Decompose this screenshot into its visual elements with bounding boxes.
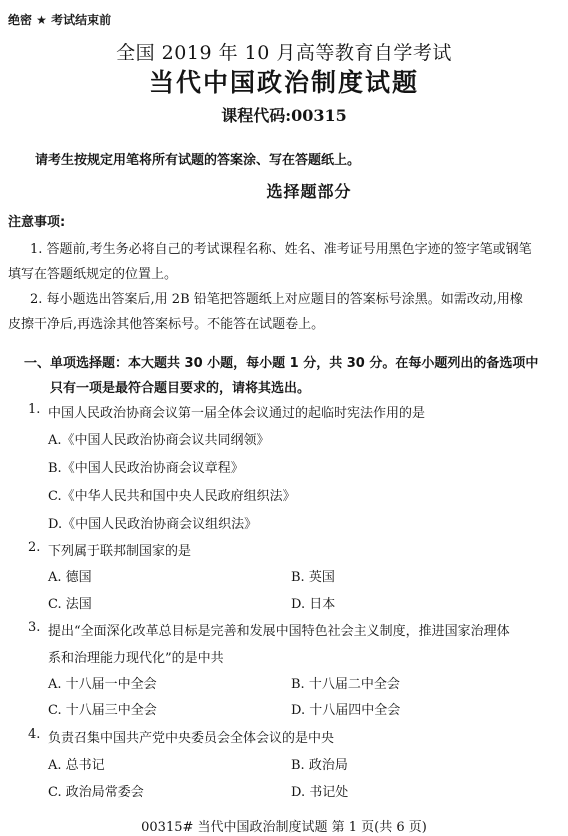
answer-instruction: 请考生按规定用笔将所有试题的答案涂、写在答题纸上。: [35, 149, 360, 168]
question-2-stem: 下列属于联邦制国家的是: [48, 540, 191, 559]
option-label: D.: [48, 517, 62, 532]
note-2-line-1: 2. 每小题选出答案后,用 2B 铅笔把答题纸上对应题目的答案标号涂黑。如需改动…: [30, 288, 523, 307]
question-4-option-b: B. 政治局: [291, 754, 348, 773]
confidential-label: 绝密 ★ 考试结束前: [8, 11, 111, 28]
question-1-option-c: C.《中华人民共和国中央人民政府组织法》: [48, 485, 296, 504]
question-1-number: 1.: [28, 402, 40, 417]
question-4-option-c: C. 政治局常委会: [48, 781, 144, 800]
question-3-option-d: D. 十八届四中全会: [291, 699, 400, 718]
question-3-stem-line-2: 系和治理能力现代化”的是中共: [48, 647, 224, 666]
option-text: 《中国人民政治协商会议章程》: [62, 461, 244, 476]
part-one-heading-line-1: 一、单项选择题：本大题共 30 小题，每小题 1 分，共 30 分。在每小题列出…: [24, 352, 538, 371]
note-2-line-2: 皮擦干净后,再选涂其他答案标号。不能答在试题卷上。: [8, 313, 324, 332]
option-label: C.: [48, 597, 62, 612]
question-3-option-a: A. 十八届一中全会: [48, 673, 157, 692]
option-label: C.: [48, 785, 62, 800]
page-footer: 00315# 当代中国政治制度试题 第 1 页(共 6 页): [0, 816, 568, 835]
option-text: 十八届三中全会: [66, 703, 157, 718]
option-label: C.: [48, 703, 62, 718]
subject-title: 当代中国政治制度试题: [0, 63, 568, 99]
option-text: 十八届四中全会: [309, 703, 400, 718]
option-label: D.: [291, 703, 305, 718]
option-label: B.: [291, 570, 305, 585]
question-2-number: 2.: [28, 540, 40, 555]
question-2-option-d: D. 日本: [291, 593, 335, 612]
question-1-option-d: D.《中国人民政治协商会议组织法》: [48, 513, 257, 532]
question-4-option-d: D. 书记处: [291, 781, 348, 800]
option-text: 政治局常委会: [66, 785, 144, 800]
option-text: 日本: [309, 597, 335, 612]
option-label: A.: [48, 758, 62, 773]
option-text: 政治局: [309, 758, 348, 773]
question-4-option-a: A. 总书记: [48, 754, 105, 773]
notes-heading: 注意事项:: [8, 211, 65, 230]
question-3-stem-line-1: 提出“全面深化改革总目标是完善和发展中国特色社会主义制度，推进国家治理体: [48, 620, 510, 639]
option-label: D.: [291, 785, 305, 800]
question-4-number: 4.: [28, 727, 40, 742]
question-4-stem: 负责召集中国共产党中央委员会全体会议的是中央: [48, 727, 334, 746]
option-label: A.: [48, 677, 62, 692]
note-1-line-1: 1. 答题前,考生务必将自己的考试课程名称、姓名、准考证号用黑色字迹的签字笔或钢…: [30, 238, 532, 257]
option-text: 《中国人民政治协商会议共同纲领》: [62, 433, 270, 448]
question-2-option-a: A. 德国: [48, 566, 92, 585]
option-text: 书记处: [309, 785, 348, 800]
note-1-line-2: 填写在答题纸规定的位置上。: [8, 263, 177, 282]
question-3-option-b: B. 十八届二中全会: [291, 673, 400, 692]
question-2-option-b: B. 英国: [291, 566, 335, 585]
section-title: 选择题部分: [0, 179, 568, 202]
option-text: 《中国人民政治协商会议组织法》: [62, 517, 257, 532]
option-text: 《中华人民共和国中央人民政府组织法》: [62, 489, 296, 504]
exam-title: 全国 2019 年 10 月高等教育自学考试: [0, 38, 568, 65]
question-1-stem: 中国人民政治协商会议第一届全体会议通过的起临时宪法作用的是: [48, 402, 425, 421]
option-label: A.: [48, 570, 62, 585]
option-text: 十八届二中全会: [309, 677, 400, 692]
option-label: A.: [48, 433, 62, 448]
question-2-option-c: C. 法国: [48, 593, 92, 612]
part-one-heading-line-2: 只有一项是最符合题目要求的，请将其选出。: [50, 377, 310, 396]
option-label: D.: [291, 597, 305, 612]
question-1-option-a: A.《中国人民政治协商会议共同纲领》: [48, 429, 270, 448]
question-1-option-b: B.《中国人民政治协商会议章程》: [48, 457, 244, 476]
option-text: 英国: [309, 570, 335, 585]
option-label: B.: [291, 758, 305, 773]
option-label: B.: [48, 461, 62, 476]
option-text: 十八届一中全会: [66, 677, 157, 692]
option-text: 总书记: [66, 758, 105, 773]
option-text: 德国: [66, 570, 92, 585]
course-code: 课程代码:00315: [0, 103, 568, 126]
question-3-number: 3.: [28, 620, 40, 635]
option-text: 法国: [66, 597, 92, 612]
option-label: B.: [291, 677, 305, 692]
question-3-option-c: C. 十八届三中全会: [48, 699, 157, 718]
option-label: C.: [48, 489, 62, 504]
